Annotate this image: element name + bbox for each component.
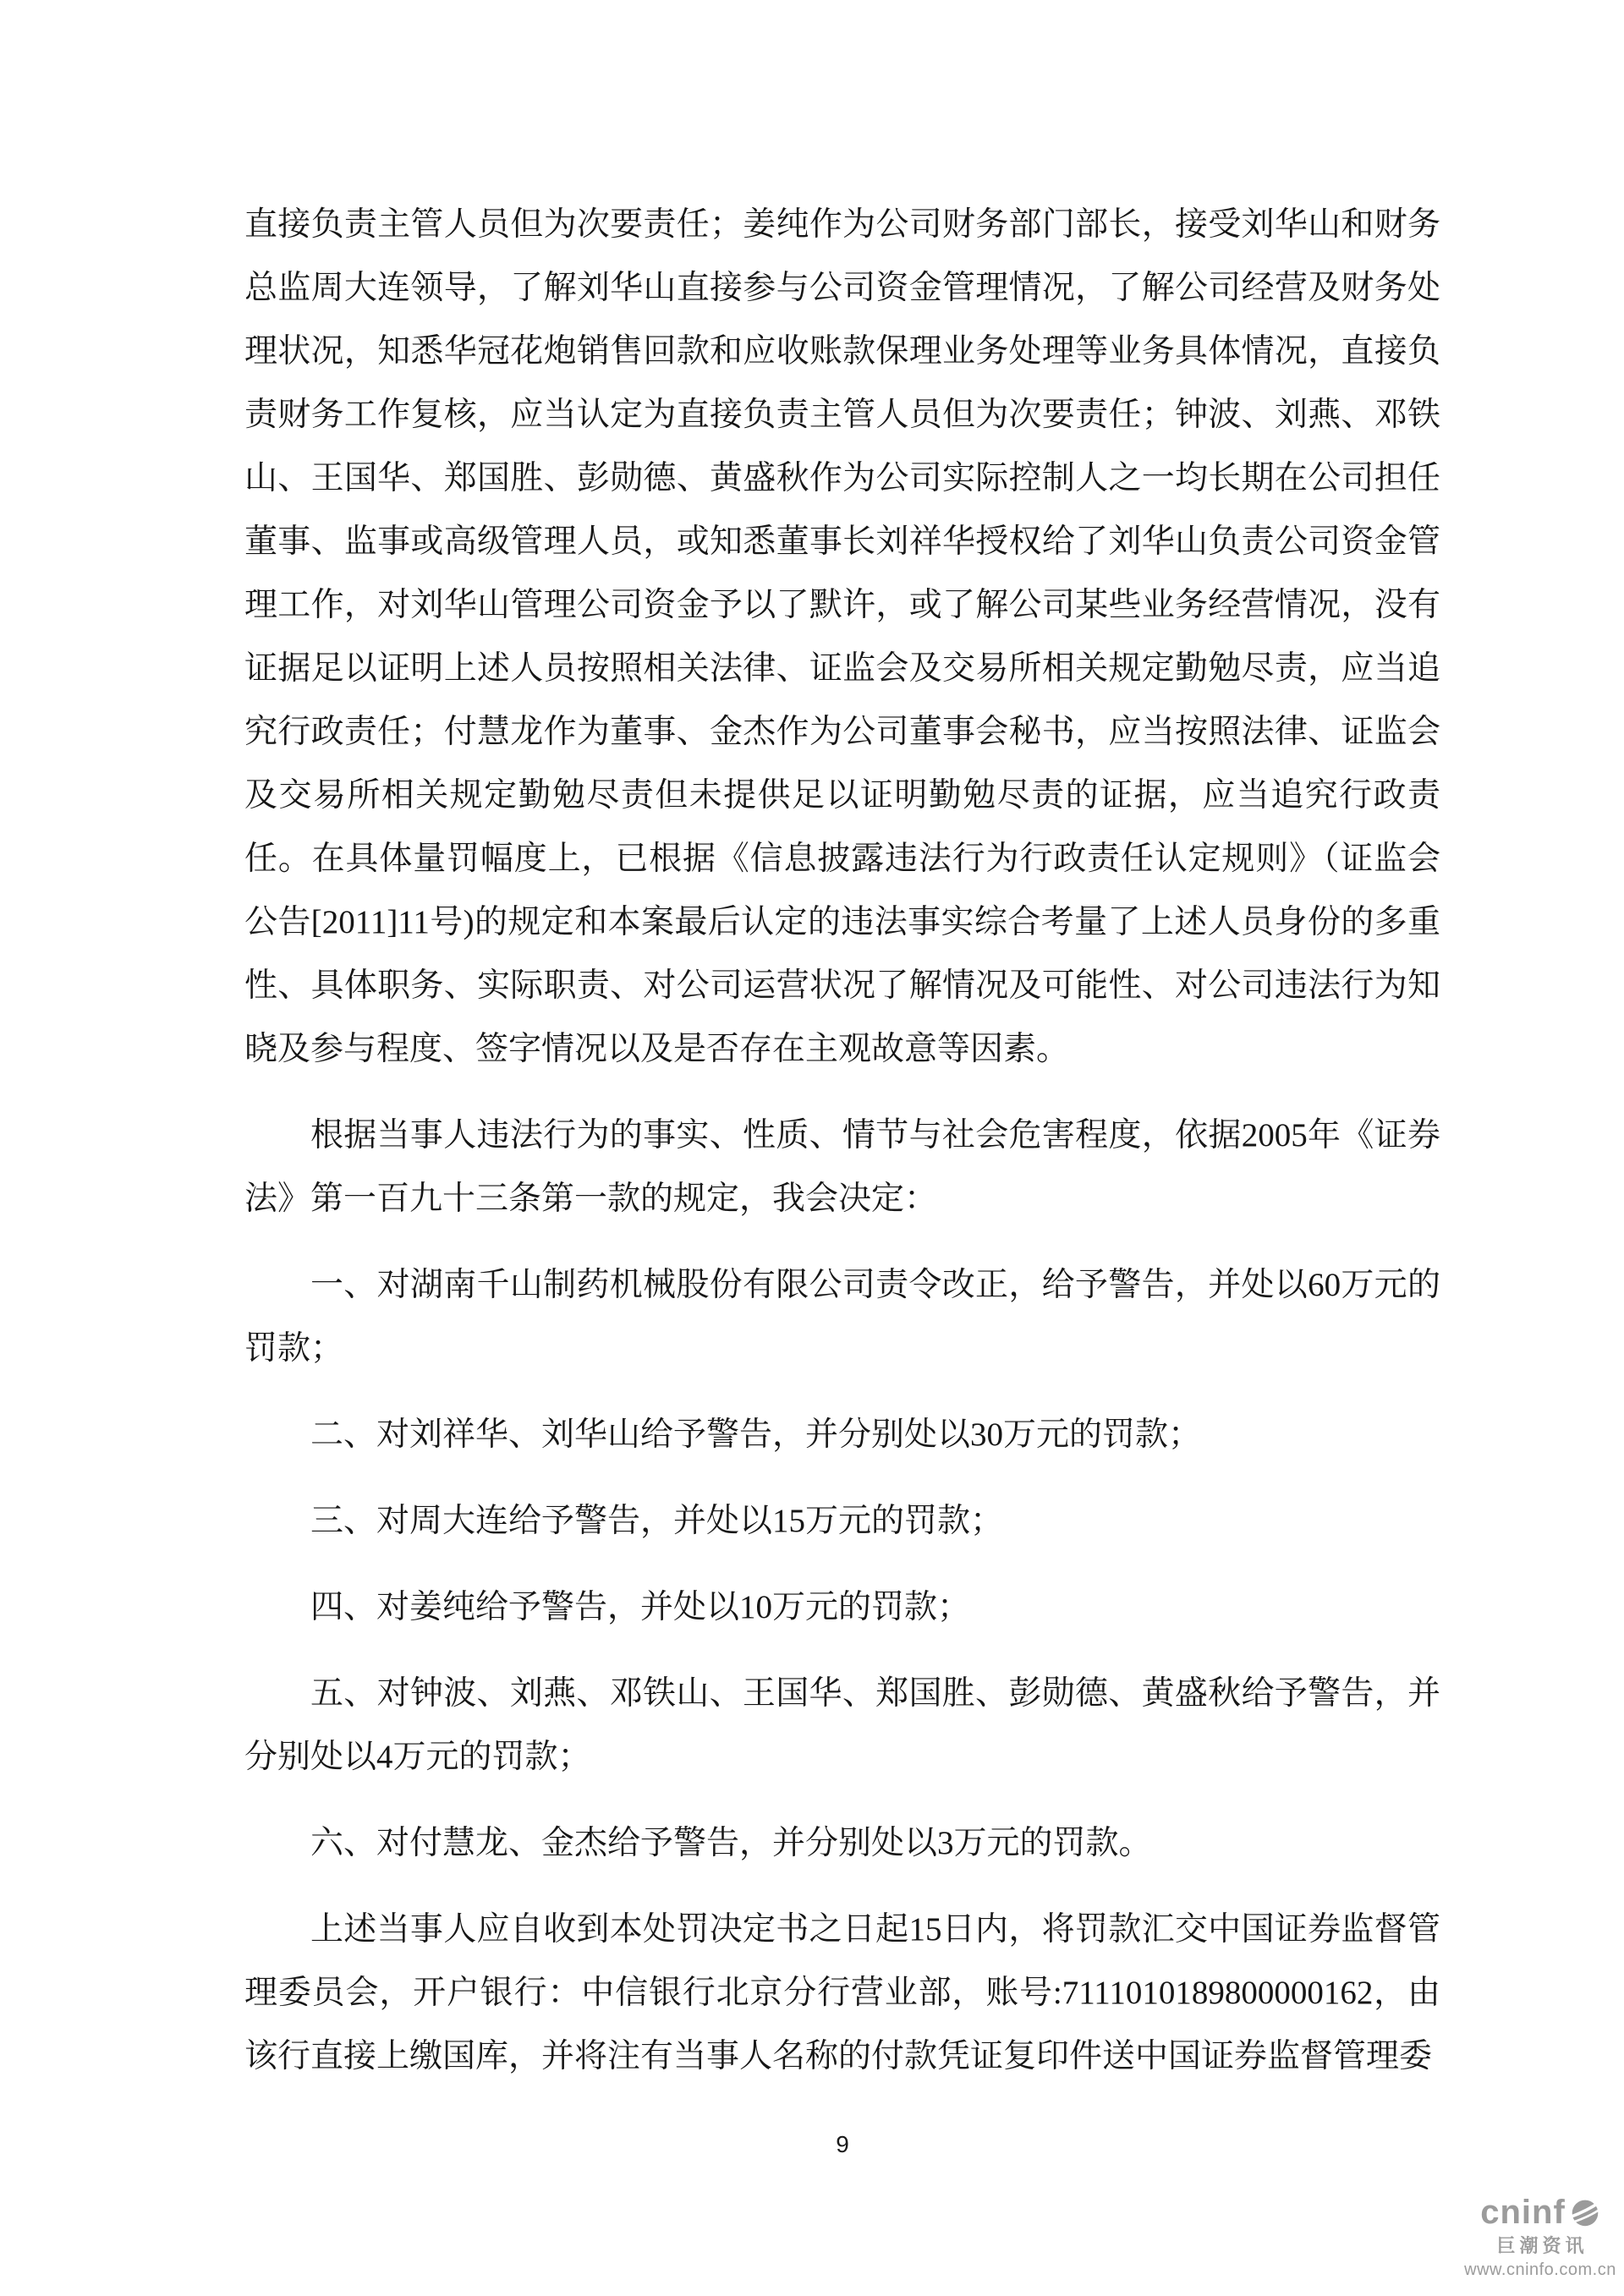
document-page: 直接负责主管人员但为次要责任；姜纯作为公司财务部门部长，接受刘华山和财务总监周大… xyxy=(0,0,1624,2296)
paragraph-penalty-item-4: 四、对姜纯给予警告，并处以10万元的罚款； xyxy=(244,1575,1440,1639)
cninfo-logo-row: cninf xyxy=(1480,2195,1600,2229)
paragraph-payment-instructions: 上述当事人应自收到本处罚决定书之日起15日内，将罚款汇交中国证券监督管理委员会，… xyxy=(244,1898,1440,2088)
paragraph-penalty-item-1: 一、对湖南千山制药机械股份有限公司责令改正，给予警告，并处以60万元的罚款； xyxy=(244,1253,1440,1380)
paragraph-penalty-item-2: 二、对刘祥华、刘华山给予警告，并分别处以30万元的罚款； xyxy=(244,1403,1440,1466)
paragraph-penalty-item-3: 三、对周大连给予警告，并处以15万元的罚款； xyxy=(244,1489,1440,1553)
paragraph-penalty-item-6: 六、对付慧龙、金杰给予警告，并分别处以3万元的罚款。 xyxy=(244,1811,1440,1875)
cninfo-brand-text: cninf xyxy=(1480,2195,1566,2229)
paragraph-responsibility: 直接负责主管人员但为次要责任；姜纯作为公司财务部门部长，接受刘华山和财务总监周大… xyxy=(244,193,1440,1081)
cninfo-globe-icon xyxy=(1570,2197,1600,2228)
paragraph-decision-basis: 根据当事人违法行为的事实、性质、情节与社会危害程度，依据2005年《证券法》第一… xyxy=(244,1104,1440,1230)
paragraph-penalty-item-5: 五、对钟波、刘燕、邓铁山、王国华、郑国胜、彭勋德、黄盛秋给予警告，并分别处以4万… xyxy=(244,1662,1440,1789)
cninfo-logo: cninf 巨潮资讯 www.cninfo.com.cn xyxy=(1462,2195,1619,2280)
page-number: 9 xyxy=(244,2131,1440,2158)
cninfo-website: www.cninfo.com.cn xyxy=(1464,2260,1616,2280)
document-body: 直接负责主管人员但为次要责任；姜纯作为公司财务部门部长，接受刘华山和财务总监周大… xyxy=(244,193,1440,2111)
cninfo-chinese-name: 巨潮资讯 xyxy=(1492,2232,1588,2258)
